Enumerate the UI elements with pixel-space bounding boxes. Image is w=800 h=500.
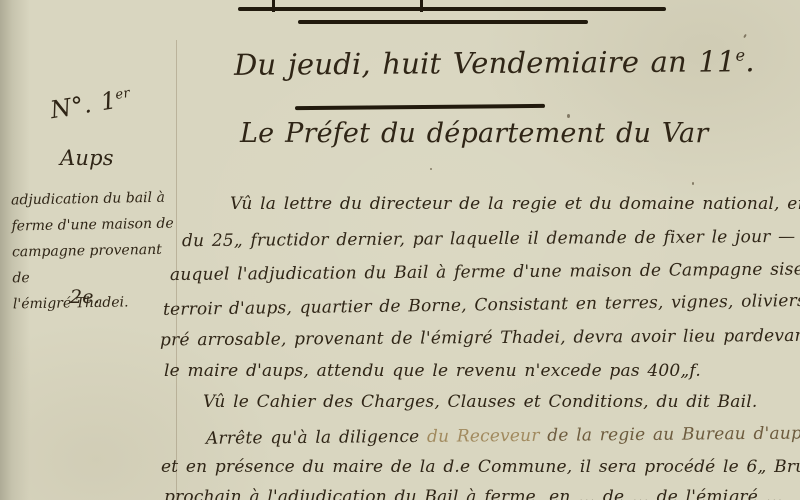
entry-number-text: N°. 1 bbox=[48, 86, 118, 124]
date-underline-rule bbox=[295, 104, 545, 110]
ink-speck bbox=[430, 168, 432, 170]
body-line-1: Vû la lettre du directeur de la regie et… bbox=[230, 194, 800, 214]
date-period: . bbox=[745, 44, 755, 78]
body-line-7: Vû le Cahier des Charges, Clauses et Con… bbox=[203, 392, 757, 412]
date-superscript: e bbox=[736, 46, 746, 65]
ink-speck bbox=[743, 34, 747, 38]
margin-summary-line: campagne provenant de bbox=[12, 237, 177, 292]
ink-speck bbox=[692, 182, 694, 185]
body-line-8-faded: du Receveur bbox=[427, 426, 547, 447]
body-line-2: du 25„ fructidor dernier, par laquelle i… bbox=[182, 227, 795, 251]
header-rule-top bbox=[238, 7, 666, 11]
body-line-9: et en présence du maire de la d.e Commun… bbox=[161, 457, 800, 477]
body-line-6: le maire d'aups, attendu que le revenu n… bbox=[164, 361, 701, 381]
ink-speck bbox=[567, 114, 570, 118]
date-line: Du jeudi, huit Vendemiaire an 11e. bbox=[234, 44, 755, 82]
margin-place-name: Aups bbox=[60, 146, 114, 170]
header-rule-tick-left bbox=[272, 0, 275, 12]
header-rule-tick-right bbox=[420, 0, 423, 12]
body-line-8-medium: de la regie au Bureau d'aups — bbox=[547, 423, 800, 446]
header-rule-second bbox=[298, 20, 588, 24]
body-line-3: auquel l'adjudication du Bail à ferme d'… bbox=[170, 259, 800, 285]
date-text: Du jeudi, huit Vendemiaire an 11 bbox=[234, 44, 736, 82]
margin-entry-number: N°. 1er bbox=[48, 84, 132, 124]
manuscript-page: Du jeudi, huit Vendemiaire an 11e. Le Pr… bbox=[0, 0, 800, 500]
entry-number-superscript: er bbox=[114, 86, 131, 103]
body-line-10-clipped: prochain à l'adjudication du Bail à ferm… bbox=[164, 487, 783, 500]
margin-summary-line: adjudication du bail à bbox=[11, 185, 175, 214]
body-line-5: pré arrosable, provenant de l'émigré Tha… bbox=[160, 326, 800, 351]
margin-item-mark: 2e. bbox=[70, 286, 100, 308]
body-line-8: Arrête qu'à la diligence du Receveur de … bbox=[206, 423, 800, 448]
margin-summary-line: ferme d'une maison de bbox=[11, 211, 175, 240]
body-line-8-dark: Arrête qu'à la diligence bbox=[206, 427, 427, 449]
body-line-4: terroir d'aups, quartier de Borne, Consi… bbox=[163, 290, 800, 320]
page-title: Le Préfet du département du Var bbox=[240, 118, 708, 149]
